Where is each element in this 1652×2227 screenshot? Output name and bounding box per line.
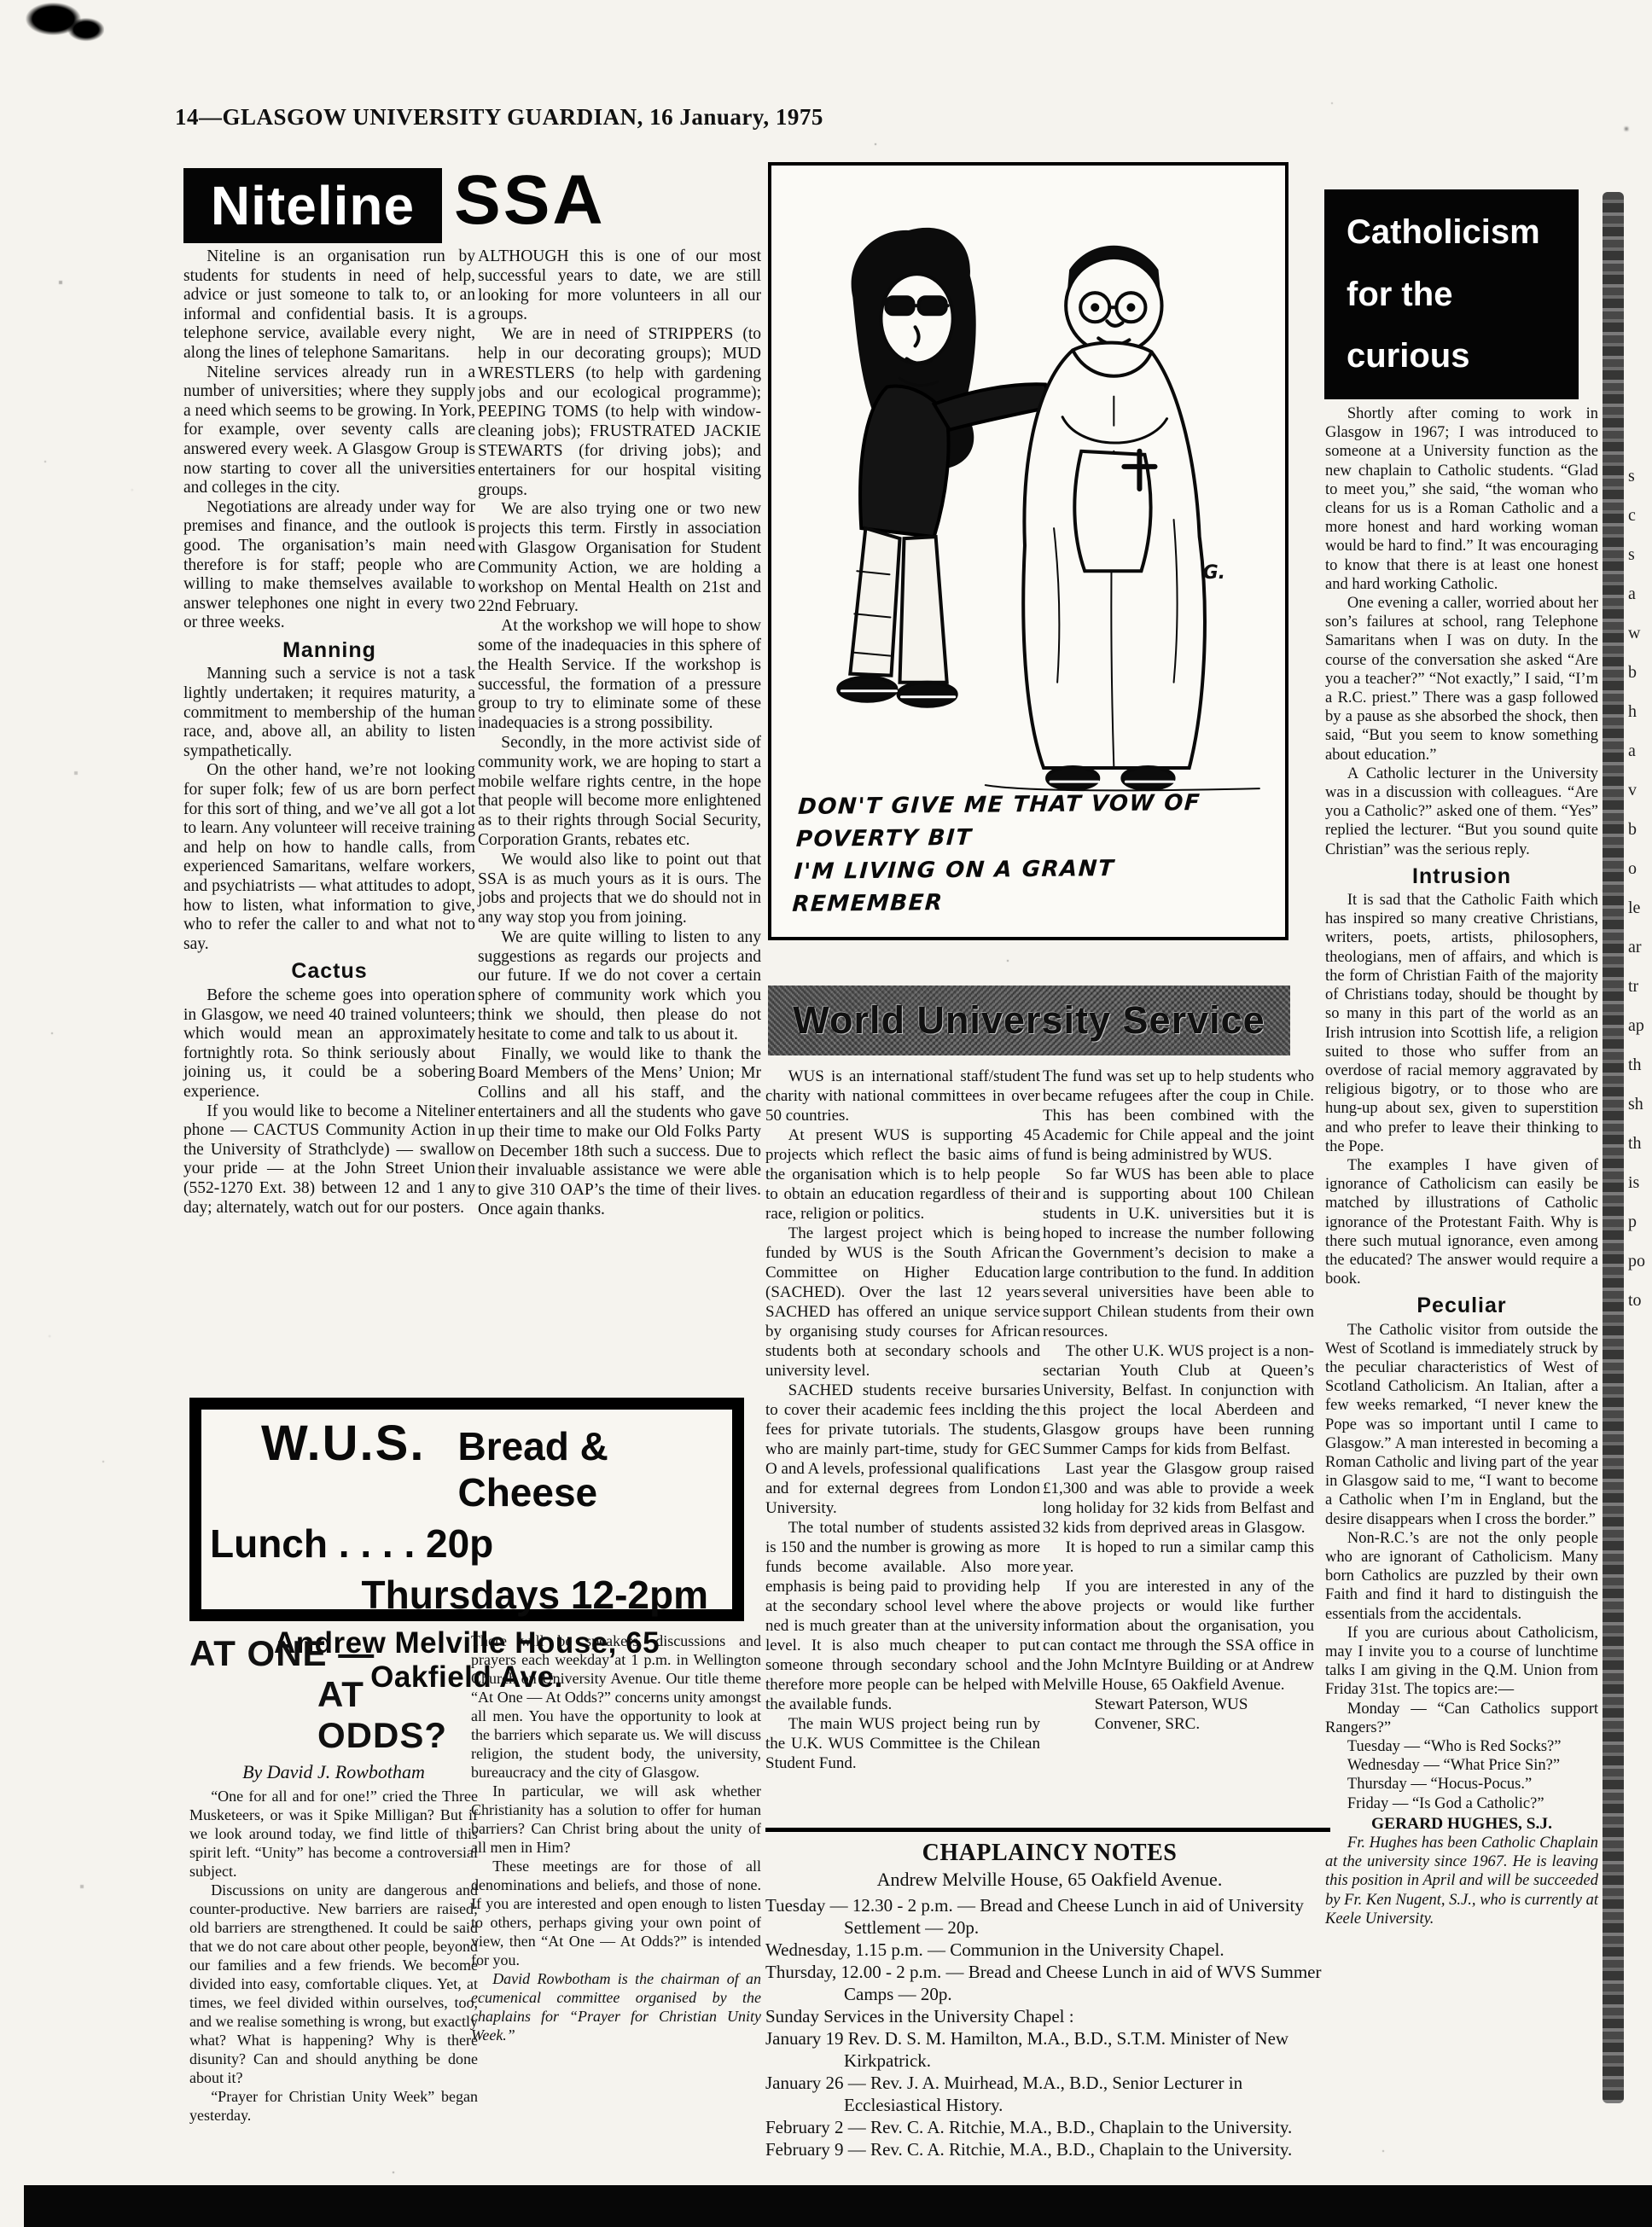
paragraph: At the workshop we will hope to show som… [478,617,761,734]
ssa-headline: SSA [454,160,606,241]
paragraph: Niteline is an organisation run by stude… [183,247,475,363]
cutoff-text-fragment: w [1628,613,1651,653]
scan-specks [0,0,2,2]
chaplaincy-subtitle: Andrew Melville House, 65 Oakfield Avenu… [765,1869,1334,1891]
paragraph: Negotiations are already under way for p… [183,498,475,633]
cutoff-text-fragment: po [1628,1241,1651,1281]
chaplaincy-entry: Tuesday — 12.30 - 2 p.m. — Bread and Che… [765,1894,1334,1939]
paragraph: Monday — “Can Catholics support Rangers?… [1325,1700,1598,1737]
paragraph: The fund was set up to help students who… [1043,1067,1314,1165]
wus-banner: World University Service [768,986,1290,1055]
chaplaincy-entry: Wednesday, 1.15 p.m. — Communion in the … [765,1939,1334,1961]
paragraph: Fr. Hughes has been Catholic Chaplain at… [1325,1834,1598,1928]
paragraph: On the other hand, we’re not looking for… [183,761,475,954]
cutoff-text-fragment: h [1628,692,1651,731]
niteline-headline: Niteline [183,168,442,243]
paragraph: Intrusion [1325,867,1598,886]
paragraph: There will be speakers, discussions and … [471,1631,761,1782]
paragraph: Before the scheme goes into operation in… [183,986,475,1102]
paragraph: If you are interested in any of the abov… [1043,1577,1314,1695]
paragraph: Secondly, in the more activist side of c… [478,734,761,851]
torn-page-edge [1603,192,1624,2103]
cutoff-text-fragment: s [1628,535,1651,574]
paragraph: Shortly after coming to work in Glasgow … [1325,404,1598,594]
cutoff-text-fragment: c [1628,496,1651,535]
cutoff-text-fragment: is [1628,1163,1651,1202]
paragraph: We would also like to point out that SSA… [478,851,761,928]
paragraph: A Catholic lecturer in the University wa… [1325,765,1598,859]
article-atone-col1: AT ONE — AT ODDS? By David J. Rowbotham … [189,1633,478,2125]
cutoff-text-fragment: s [1628,456,1651,496]
cartoon-box: G. DON'T GIVE ME THAT VOW OF POVERTY BIT… [768,162,1288,940]
cutoff-text-fragment: to [1628,1281,1651,1320]
atone-byline: By David J. Rowbotham [189,1763,478,1782]
atone-col1-body: “One for all and for one!” cried the Thr… [189,1787,478,2125]
article-ssa: ALTHOUGH this is one of our most success… [478,247,761,1220]
chaplaincy-entry: Thursday, 12.00 - 2 p.m. — Bread and Che… [765,1961,1334,2005]
paragraph: The main WUS project being run by the U.… [765,1714,1040,1773]
paragraph: These meetings are for those of all deno… [471,1857,761,1969]
article-wus-col2: The fund was set up to help students who… [1043,1067,1314,1734]
newspaper-page: 14—GLASGOW UNIVERSITY GUARDIAN, 16 Janua… [0,0,1652,2227]
paragraph: The total number of students assisted is… [765,1518,1040,1714]
paragraph: The largest project which is being funde… [765,1224,1040,1381]
chaplaincy-entry: February 2 — Rev. C. A. Ritchie, M.A., B… [765,2116,1334,2138]
adjacent-column-fragments: scsawbhavboleartrapthshthisppoto [1628,456,1651,1788]
paragraph: Cactus [183,962,475,981]
cartoon-caption-line1: DON'T GIVE ME THAT VOW OF POVERTY BIT [795,786,1277,856]
paragraph: Discussions on unity are dangerous and c… [189,1881,478,2087]
niteline-headline-text: Niteline [211,174,415,237]
cutoff-text-fragment: sh [1628,1084,1651,1124]
cutoff-text-fragment: o [1628,849,1651,888]
cutoff-text-fragment: b [1628,810,1651,849]
paragraph: The Catholic visitor from outside the We… [1325,1321,1598,1529]
headline-line: for the [1347,276,1579,314]
atone-title-line1: AT ONE — [189,1633,478,1674]
wus-lunch-advert: W.U.S. Bread & Cheese Lunch . . . . 20p … [189,1398,744,1621]
headline-line: curious [1347,337,1579,375]
paragraph: Stewart Paterson, WUS [1043,1695,1314,1714]
cutoff-text-fragment: ar [1628,927,1651,967]
paragraph: Finally, we would like to thank the Boar… [478,1045,761,1220]
advert-line2: Lunch . . . . 20p [210,1521,724,1567]
cutoff-text-fragment: le [1628,888,1651,927]
paragraph: Convener, SRC. [1043,1714,1314,1734]
wus-banner-text: World University Service [793,998,1265,1043]
cutoff-text-fragment: a [1628,731,1651,770]
chaplaincy-entry: Sunday Services in the University Chapel… [765,2005,1334,2027]
paragraph: The other U.K. WUS project is a non-sect… [1043,1341,1314,1459]
scan-bottom-bar [24,2185,1652,2227]
paragraph: We are quite willing to listen to any su… [478,928,761,1045]
paragraph: “Prayer for Christian Unity Week” began … [189,2087,478,2125]
masthead: 14—GLASGOW UNIVERSITY GUARDIAN, 16 Janua… [175,104,823,131]
article-catholicism: Shortly after coming to work in Glasgow … [1325,404,1598,1928]
paragraph: We are also trying one or two new projec… [478,500,761,617]
cartoon-caption-line2: I'M LIVING ON A GRANT REMEMBER [791,851,1273,921]
cutoff-text-fragment: th [1628,1045,1651,1084]
paragraph: Thursday — “Hocus-Pocus.” [1325,1775,1598,1794]
paragraph: If you are curious about Catholicism, ma… [1325,1624,1598,1700]
article-atone-col2: There will be speakers, discussions and … [471,1631,761,2044]
cutoff-text-fragment: p [1628,1202,1651,1241]
paragraph: It is hoped to run a similar camp this y… [1043,1538,1314,1577]
cartoon-caption: DON'T GIVE ME THAT VOW OF POVERTY BIT I'… [791,786,1277,921]
paragraph: In particular, we will ask whether Chris… [471,1782,761,1857]
cutoff-text-fragment: ap [1628,1006,1651,1045]
cutoff-text-fragment: tr [1628,967,1651,1006]
cartoon-illustration [771,166,1285,840]
chaplaincy-title: CHAPLAINCY NOTES [765,1840,1334,1867]
paragraph: One evening a caller, worried about her … [1325,594,1598,765]
paragraph: Niteline services already run in a numbe… [183,363,475,498]
section-rule [765,1828,1330,1832]
article-niteline: Niteline is an organisation run by stude… [183,247,475,1218]
atone-title-line2: AT ODDS? [189,1674,478,1756]
chaplaincy-entry: January 19 Rev. D. S. M. Hamilton, M.A.,… [765,2027,1334,2072]
paragraph: Manning such a service is not a task lig… [183,665,475,761]
paragraph: So far WUS has been able to place and is… [1043,1165,1314,1341]
paragraph: ALTHOUGH this is one of our most success… [478,247,761,325]
advert-line3: Thursdays 12-2pm [210,1572,724,1618]
paragraph: Tuesday — “Who is Red Socks?” [1325,1737,1598,1756]
chaplaincy-entry: January 26 — Rev. J. A. Muirhead, M.A., … [765,2072,1334,2116]
paragraph: Peculiar [1325,1296,1598,1315]
cartoonist-signature: G. [1203,562,1225,584]
catholicism-headline: Catholicismfor thecurious [1324,189,1579,399]
paragraph: At present WUS is supporting 45 projects… [765,1125,1040,1224]
advert-org-name: W.U.S. [261,1415,425,1472]
paragraph: SACHED students receive bursaries to cov… [765,1381,1040,1518]
paragraph: Last year the Glasgow group raised £1,30… [1043,1459,1314,1538]
paragraph: David Rowbotham is the chairman of an ec… [471,1969,761,2044]
paragraph: The examples I have given of ignorance o… [1325,1156,1598,1288]
paragraph: Friday — “Is God a Catholic?” [1325,1794,1598,1813]
paragraph: Wednesday — “What Price Sin?” [1325,1756,1598,1775]
paragraph: GERARD HUGHES, S.J. [1325,1815,1598,1834]
paragraph: We are in need of STRIPPERS (to help in … [478,325,761,500]
paragraph: It is sad that the Catholic Faith which … [1325,891,1598,1156]
paragraph: “One for all and for one!” cried the Thr… [189,1787,478,1881]
cutoff-text-fragment: b [1628,653,1651,692]
chaplaincy-notes: CHAPLAINCY NOTES Andrew Melville House, … [765,1840,1334,2160]
article-wus-col1: WUS is an international staff/student ch… [765,1067,1040,1773]
cutoff-text-fragment: th [1628,1124,1651,1163]
advert-line1: Bread & Cheese [457,1423,724,1515]
cutoff-text-fragment: v [1628,770,1651,810]
chaplaincy-entry: February 9 — Rev. C. A. Ritchie, M.A., B… [765,2138,1334,2160]
scan-smudge [22,2,104,43]
paragraph: If you would like to become a Niteliner … [183,1102,475,1218]
chaplaincy-entries: Tuesday — 12.30 - 2 p.m. — Bread and Che… [765,1894,1334,2160]
cutoff-text-fragment: a [1628,574,1651,613]
paragraph: Non-R.C.’s are not the only people who a… [1325,1529,1598,1624]
headline-line: Catholicism [1347,213,1579,252]
paragraph: WUS is an international staff/student ch… [765,1067,1040,1125]
paragraph: Manning [183,641,475,660]
